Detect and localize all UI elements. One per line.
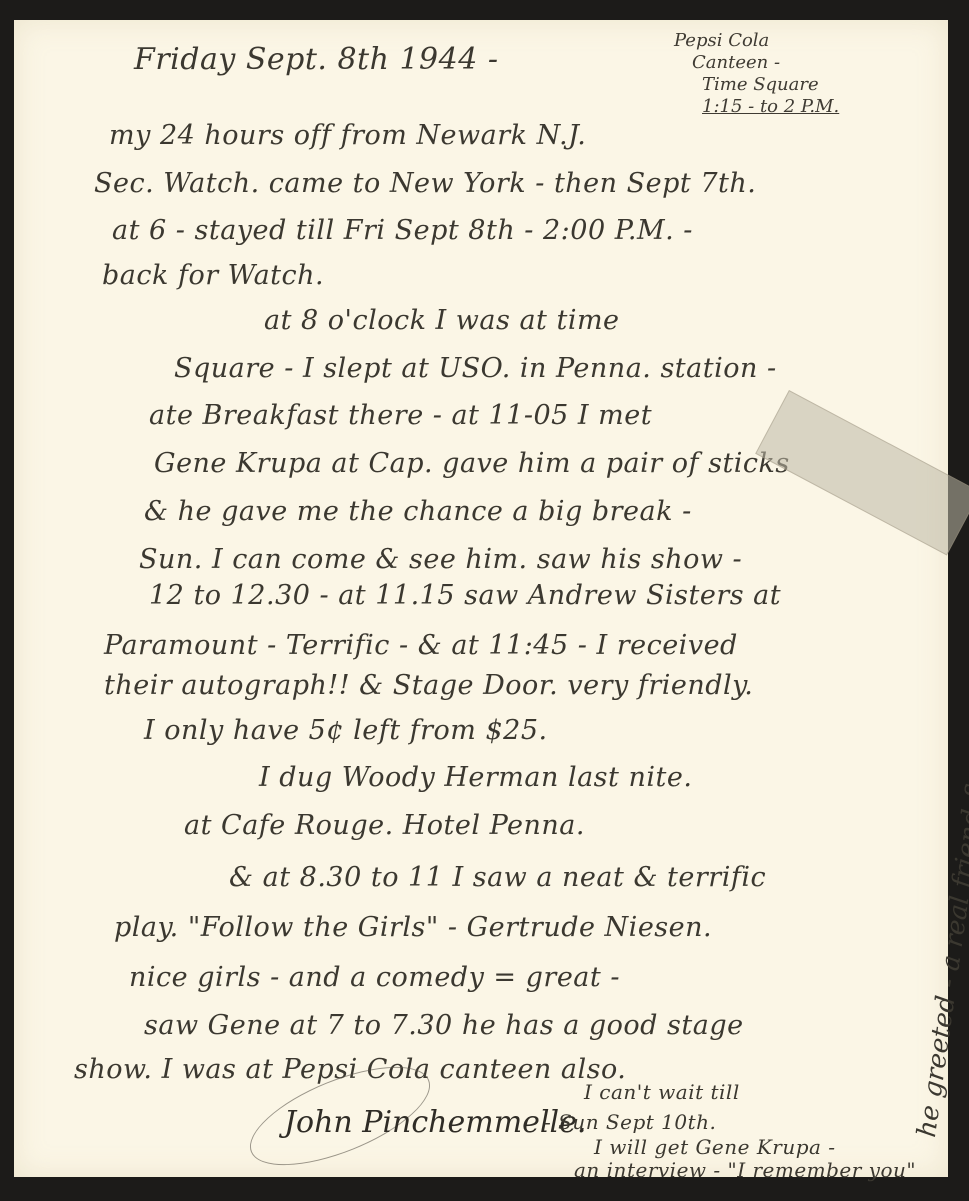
corner-note-line: Pepsi Cola [674, 30, 839, 52]
letter-paper: Pepsi Cola Canteen - Time Square 1:15 - … [14, 20, 948, 1177]
corner-note-line: Canteen - [674, 52, 839, 74]
body-line: Sun. I can come & see him. saw his show … [139, 544, 742, 575]
body-line: at Cafe Rouge. Hotel Penna. [184, 810, 585, 841]
closing-line: I can't wait till [584, 1080, 740, 1104]
corner-note-line: 1:15 - to 2 P.M. [674, 96, 839, 118]
closing-line: an interview - "I remember you" [574, 1158, 916, 1182]
body-line: at 8 o'clock I was at time [264, 305, 620, 336]
body-line: & at 8.30 to 11 I saw a neat & terrific [229, 862, 766, 893]
body-line: & he gave me the chance a big break - [144, 496, 692, 527]
body-line: at 6 - stayed till Fri Sept 8th - 2:00 P… [112, 215, 693, 246]
signature: John Pinchemmelle. [284, 1105, 586, 1140]
body-line: Gene Krupa at Cap. gave him a pair of st… [154, 448, 790, 479]
body-line: Paramount - Terrific - & at 11:45 - I re… [104, 630, 738, 661]
date-line: Friday Sept. 8th 1944 - [134, 42, 498, 77]
corner-note-line: Time Square [674, 74, 839, 96]
closing-line: - Sun Sept 10th. [544, 1110, 716, 1134]
body-line: saw Gene at 7 to 7.30 he has a good stag… [144, 1010, 744, 1041]
body-line: their autograph!! & Stage Door. very fri… [104, 670, 753, 701]
corner-note: Pepsi Cola Canteen - Time Square 1:15 - … [674, 30, 839, 118]
body-line: I dug Woody Herman last nite. [259, 762, 692, 793]
body-line: back for Watch. [102, 260, 324, 291]
body-line: 12 to 12.30 - at 11.15 saw Andrew Sister… [149, 580, 781, 611]
body-line: nice girls - and a comedy = great - [129, 962, 620, 993]
body-line: Square - I slept at USO. in Penna. stati… [174, 353, 777, 384]
body-line: play. "Follow the Girls" - Gertrude Nies… [114, 912, 712, 943]
closing-line: I will get Gene Krupa - [594, 1135, 836, 1159]
body-line: my 24 hours off from Newark N.J. [109, 120, 586, 151]
body-line: ate Breakfast there - at 11-05 I met [149, 400, 652, 431]
body-line: I only have 5¢ left from $25. [144, 715, 548, 746]
body-line: Sec. Watch. came to New York - then Sept… [94, 168, 756, 199]
